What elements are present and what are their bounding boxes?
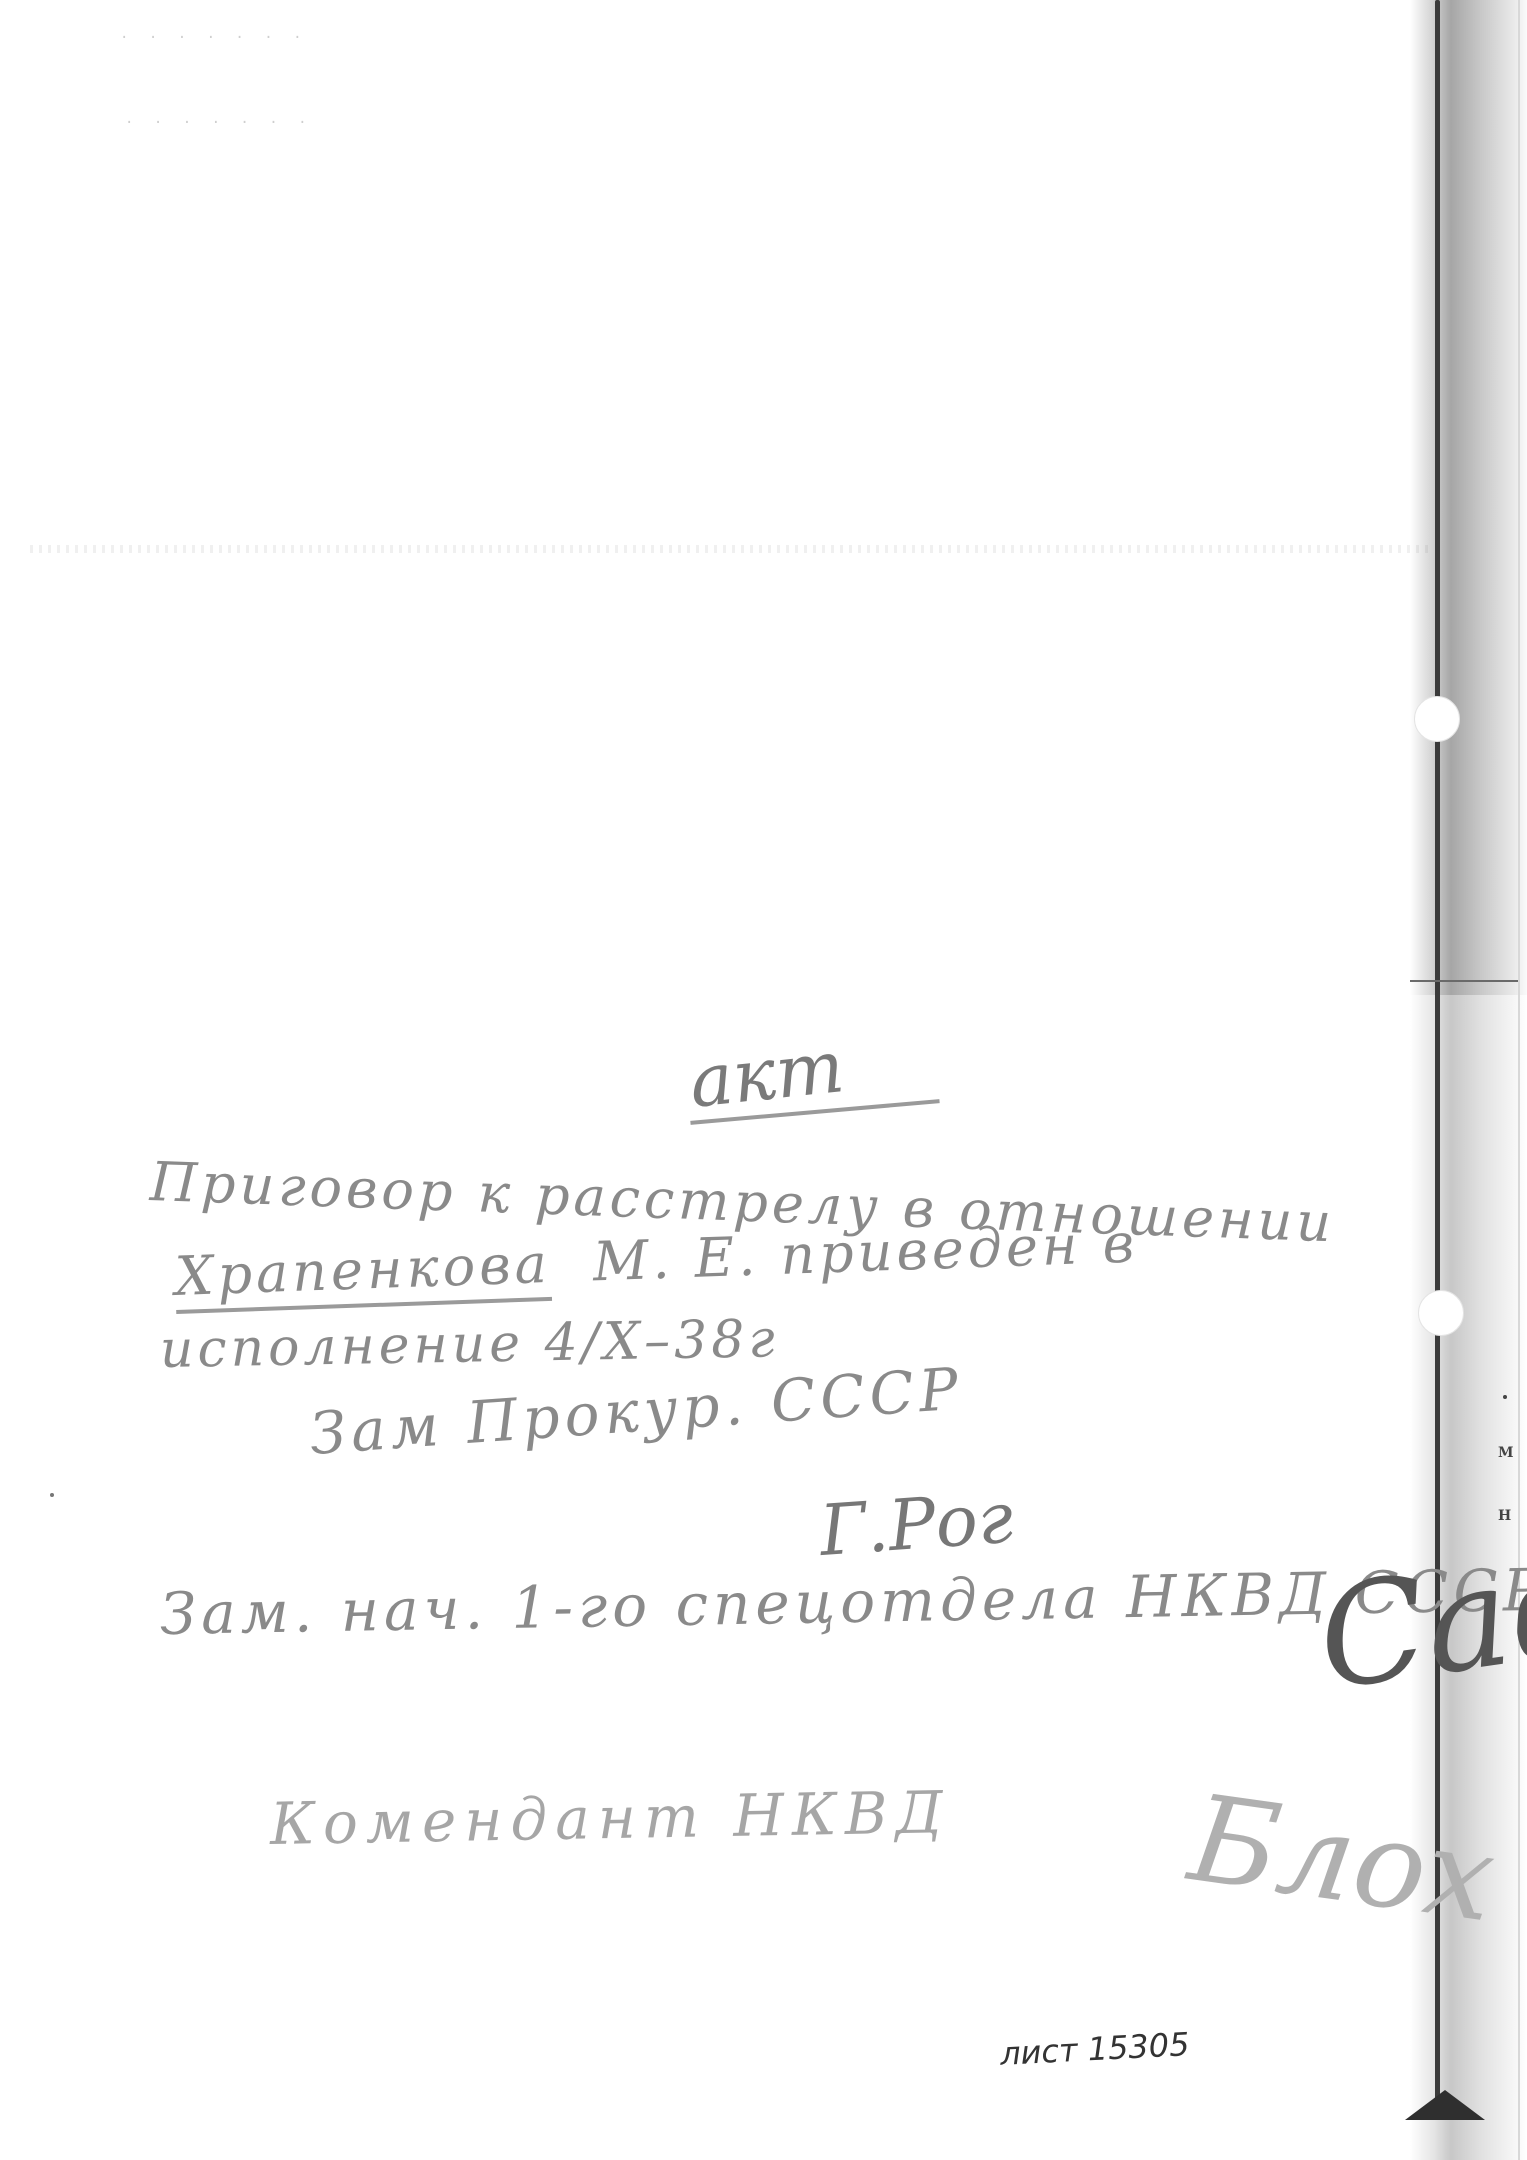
underlined-name: Храпенкова bbox=[174, 1232, 552, 1314]
faint-stamp-top-2: · · · · · · · bbox=[125, 115, 313, 131]
binding-shadow-upper bbox=[1410, 0, 1527, 995]
page-edge bbox=[1518, 0, 1520, 2160]
fold-crease bbox=[30, 545, 1430, 553]
binding-spine-foot bbox=[1405, 2090, 1485, 2120]
margin-letter-2: Н bbox=[1498, 1508, 1511, 1524]
faint-stamp-top: · · · · · · · bbox=[120, 30, 308, 46]
signature-2: Сав bbox=[1309, 1523, 1527, 1722]
signature-1: Г.Рог bbox=[817, 1477, 1015, 1572]
left-margin-dot bbox=[50, 1493, 54, 1497]
scanned-document-page: · · · · · · · · · · · · · · акт Приговор… bbox=[0, 0, 1527, 2160]
margin-dot bbox=[1503, 1395, 1507, 1399]
text-line-3: исполнение 4/Х–38г bbox=[159, 1309, 779, 1380]
punch-hole-upper bbox=[1414, 696, 1460, 742]
sheet-edge bbox=[1410, 980, 1520, 982]
archive-sheet-reference: лист 15305 bbox=[999, 2025, 1190, 2073]
margin-letter-1: М bbox=[1498, 1445, 1514, 1461]
text-line-6: Комендант НКВД bbox=[269, 1778, 951, 1858]
punch-hole-lower bbox=[1418, 1290, 1464, 1336]
